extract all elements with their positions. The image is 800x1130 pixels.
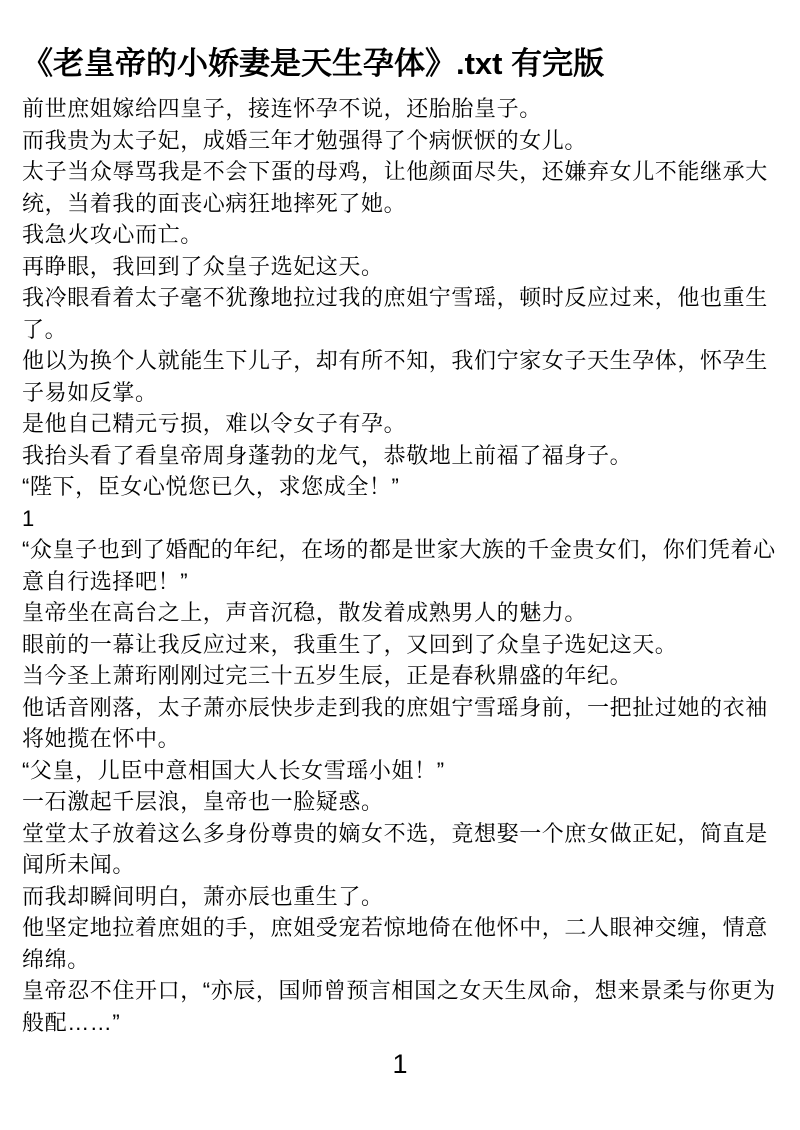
paragraph: “众皇子也到了婚配的年纪，在场的都是世家大族的千金贵女们，你们凭着心意自行选择吧… [22, 534, 776, 597]
paragraph: 而我贵为太子妃，成婚三年才勉强得了个病恹恹的女儿。 [22, 125, 776, 157]
paragraph: 太子当众辱骂我是不会下蛋的母鸡，让他颜面尽失，还嫌弃女儿不能继承大统，当着我的面… [22, 156, 776, 219]
document-body: 前世庶姐嫁给四皇子，接连怀孕不说，还胎胎皇子。而我贵为太子妃，成婚三年才勉强得了… [22, 93, 776, 1038]
paragraph: 是他自己精元亏损，难以令女子有孕。 [22, 408, 776, 440]
page-number: 1 [0, 1048, 800, 1080]
paragraph: 我冷眼看着太子毫不犹豫地拉过我的庶姐宁雪瑶，顿时反应过来，他也重生了。 [22, 282, 776, 345]
document-page: 《老皇帝的小娇妻是天生孕体》.txt 有完版 前世庶姐嫁给四皇子，接连怀孕不说，… [0, 0, 800, 1130]
paragraph: 当今圣上萧珩刚刚过完三十五岁生辰，正是春秋鼎盛的年纪。 [22, 660, 776, 692]
paragraph: “父皇，儿臣中意相国大人长女雪瑶小姐！” [22, 755, 776, 787]
paragraph: 他话音刚落，太子萧亦辰快步走到我的庶姐宁雪瑶身前，一把扯过她的衣袖将她揽在怀中。 [22, 692, 776, 755]
paragraph: 而我却瞬间明白，萧亦辰也重生了。 [22, 881, 776, 913]
paragraph: 他坚定地拉着庶姐的手，庶姐受宠若惊地倚在他怀中，二人眼神交缠，情意绵绵。 [22, 912, 776, 975]
paragraph: 堂堂太子放着这么多身份尊贵的嫡女不选，竟想娶一个庶女做正妃，简直是闻所未闻。 [22, 818, 776, 881]
paragraph: 皇帝坐在高台之上，声音沉稳，散发着成熟男人的魅力。 [22, 597, 776, 629]
page-title: 《老皇帝的小娇妻是天生孕体》.txt 有完版 [22, 46, 776, 82]
paragraph: 我急火攻心而亡。 [22, 219, 776, 251]
document-content: 《老皇帝的小娇妻是天生孕体》.txt 有完版 前世庶姐嫁给四皇子，接连怀孕不说，… [0, 46, 800, 1038]
paragraph: 再睁眼，我回到了众皇子选妃这天。 [22, 251, 776, 283]
paragraph: 1 [22, 503, 776, 535]
paragraph: “陛下，臣女心悦您已久，求您成全！” [22, 471, 776, 503]
paragraph: 我抬头看了看皇帝周身蓬勃的龙气，恭敬地上前福了福身子。 [22, 440, 776, 472]
paragraph: 前世庶姐嫁给四皇子，接连怀孕不说，还胎胎皇子。 [22, 93, 776, 125]
paragraph: 眼前的一幕让我反应过来，我重生了，又回到了众皇子选妃这天。 [22, 629, 776, 661]
paragraph: 皇帝忍不住开口，“亦辰，国师曾预言相国之女天生凤命，想来景柔与你更为般配……” [22, 975, 776, 1038]
paragraph: 一石激起千层浪，皇帝也一脸疑惑。 [22, 786, 776, 818]
paragraph: 他以为换个人就能生下儿子，却有所不知，我们宁家女子天生孕体，怀孕生子易如反掌。 [22, 345, 776, 408]
